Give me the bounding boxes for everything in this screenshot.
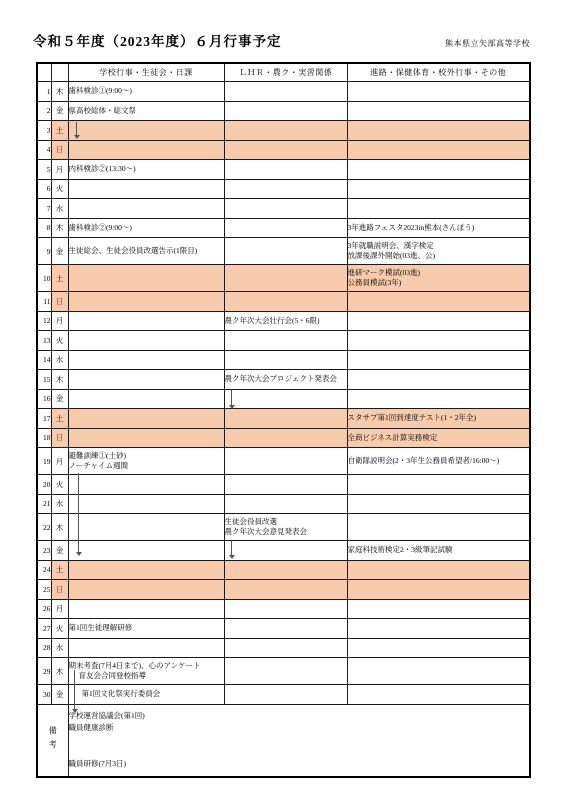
header-school-events: 学校行事・生徒会・日課 (68, 63, 224, 82)
career-other-cell: 3年進路フェスタ2023in熊本(さんぽう) (347, 218, 530, 238)
weekday-cell: 火 (51, 619, 68, 639)
lhr-agri-cell (224, 140, 347, 160)
school-events-cell (68, 265, 224, 292)
page-title: 令和５年度（2023年度）６月行事予定 (33, 30, 282, 50)
school-events-cell (68, 140, 224, 160)
lhr-agri-cell (224, 82, 347, 102)
career-other-cell: 3年就職説明会、漢字検定放課後課外開始(03進、公) (347, 238, 530, 265)
lhr-agri-cell (224, 619, 347, 639)
event-text: 農ク年次大会意見発表会 (225, 527, 347, 538)
continuation-arrow-head (76, 552, 82, 556)
continuation-arrow (231, 541, 232, 556)
school-events-cell (68, 292, 224, 312)
schedule-row: 20火 (37, 475, 530, 495)
career-other-cell (347, 331, 530, 351)
date-cell: 19 (37, 448, 51, 475)
date-cell: 12 (37, 311, 51, 331)
event-text: 農ク年次大会壮行会(5・6限) (225, 316, 347, 327)
date-cell: 16 (37, 389, 51, 409)
school-name: 熊本県立矢部高等学校 (445, 38, 530, 49)
career-other-cell (347, 101, 530, 121)
school-events-cell (68, 311, 224, 331)
date-cell: 28 (37, 638, 51, 658)
weekday-cell: 日 (51, 292, 68, 312)
lhr-agri-cell (224, 238, 347, 265)
date-cell: 13 (37, 331, 51, 351)
event-text: 歯科検診②(9:00～) (69, 223, 224, 234)
career-other-cell: 全商ビジネス計算実務検定 (347, 428, 530, 448)
event-text: 歯科検診①(9:00～) (69, 86, 224, 97)
weekday-cell: 土 (51, 409, 68, 429)
school-events-cell (68, 541, 224, 561)
weekday-cell: 水 (51, 199, 68, 219)
weekday-cell: 日 (51, 140, 68, 160)
career-other-cell (347, 560, 530, 580)
event-text: 生徒会役員改選 (225, 517, 347, 528)
schedule-row: 14水 (37, 350, 530, 370)
continuation-arrow-head (229, 555, 235, 559)
continuation-arrow (78, 473, 79, 553)
lhr-agri-cell: 生徒会役員改選農ク年次大会意見発表会 (224, 514, 347, 541)
date-cell: 1 (37, 82, 51, 102)
school-events-cell: 第1回文化祭実行委員会 (68, 685, 224, 705)
remarks-label-cell: 備考 (37, 704, 68, 777)
date-cell: 3 (37, 121, 51, 141)
school-events-cell (68, 599, 224, 619)
schedule-row: 5月内科検診②(13:30～) (37, 160, 530, 180)
school-events-cell (68, 560, 224, 580)
career-other-cell (347, 160, 530, 180)
school-events-cell: 歯科検診①(9:00～) (68, 82, 224, 102)
school-events-cell (68, 409, 224, 429)
lhr-agri-cell (224, 160, 347, 180)
continuation-arrow-head (229, 405, 235, 409)
weekday-cell: 土 (51, 265, 68, 292)
date-cell: 9 (37, 238, 51, 265)
date-cell: 23 (37, 541, 51, 561)
continuation-arrow (74, 670, 75, 710)
career-other-cell (347, 199, 530, 219)
weekday-cell: 日 (51, 428, 68, 448)
school-events-cell: 第1回生徒理解研修 (68, 619, 224, 639)
date-cell: 6 (37, 179, 51, 199)
lhr-agri-cell (224, 494, 347, 514)
lhr-agri-cell (224, 199, 347, 219)
weekday-cell: 火 (51, 331, 68, 351)
weekday-cell: 木 (51, 514, 68, 541)
lhr-agri-cell (224, 560, 347, 580)
career-other-cell (347, 494, 530, 514)
school-events-cell (68, 370, 224, 390)
remarks-text: 学校運営協議会(第1回) (69, 710, 530, 722)
event-text: 3年就職説明会、漢字検定 (348, 241, 530, 252)
remarks-text: 職員研修(7月3日) (69, 758, 530, 770)
school-events-cell (68, 638, 224, 658)
school-events-cell (68, 514, 224, 541)
event-text: 全商ビジネス計算実務検定 (348, 433, 530, 444)
school-events-cell: 避難訓練①(土砂)ノーチャイム週間 (68, 448, 224, 475)
lhr-agri-cell (224, 179, 347, 199)
weekday-cell: 金 (51, 685, 68, 705)
event-text: 放課後課外開始(03進、公) (348, 251, 530, 262)
event-text: 進研マーク模試(03進) (348, 268, 530, 279)
lhr-agri-cell (224, 292, 347, 312)
lhr-agri-cell (224, 685, 347, 705)
date-cell: 5 (37, 160, 51, 180)
weekday-cell: 金 (51, 238, 68, 265)
schedule-row: 7水 (37, 199, 530, 219)
schedule-row: 26月 (37, 599, 530, 619)
school-events-cell (68, 475, 224, 495)
school-events-cell (68, 350, 224, 370)
career-other-cell (347, 121, 530, 141)
remarks-text (69, 746, 530, 758)
header-day (51, 63, 68, 82)
continuation-arrow (76, 122, 77, 136)
remarks-content-cell: 学校運営協議会(第1回)職員健康診断職員研修(7月3日) (68, 704, 530, 777)
header-career-other: 進路・保健体育・校外行事・その他 (347, 63, 530, 82)
school-events-cell (68, 580, 224, 600)
school-events-cell (68, 494, 224, 514)
weekday-cell: 水 (51, 350, 68, 370)
lhr-agri-cell (224, 389, 347, 409)
weekday-cell: 金 (51, 101, 68, 121)
schedule-row: 6火 (37, 179, 530, 199)
lhr-agri-cell (224, 658, 347, 685)
event-text: 内科検診②(13:30～) (69, 164, 224, 175)
school-events-cell: 生徒総会、生徒会役員改選告示(1限目) (68, 238, 224, 265)
event-text: 第1回文化祭実行委員会 (82, 689, 224, 700)
continuation-arrow (231, 390, 232, 406)
weekday-cell: 火 (51, 179, 68, 199)
school-events-cell (68, 121, 224, 141)
event-text: 3年進路フェスタ2023in熊本(さんぽう) (348, 223, 530, 234)
lhr-agri-cell: 農ク年次大会壮行会(5・6限) (224, 311, 347, 331)
weekday-cell: 土 (51, 560, 68, 580)
date-cell: 27 (37, 619, 51, 639)
continuation-arrow-head (72, 709, 78, 713)
weekday-cell: 水 (51, 494, 68, 514)
lhr-agri-cell (224, 638, 347, 658)
date-cell: 18 (37, 428, 51, 448)
schedule-row: 16金 (37, 389, 530, 409)
career-other-cell (347, 140, 530, 160)
career-other-cell (347, 514, 530, 541)
career-other-cell (347, 311, 530, 331)
date-cell: 10 (37, 265, 51, 292)
weekday-cell: 金 (51, 389, 68, 409)
schedule-row: 2金県高校総体・総文祭 (37, 101, 530, 121)
school-events-cell (68, 199, 224, 219)
schedule-row: 22木生徒会役員改選農ク年次大会意見発表会 (37, 514, 530, 541)
career-other-cell (347, 292, 530, 312)
lhr-agri-cell (224, 599, 347, 619)
school-events-cell (68, 428, 224, 448)
career-other-cell: スタサプ第1回到達度テスト(1・2年全) (347, 409, 530, 429)
schedule-row: 8木歯科検診②(9:00～)3年進路フェスタ2023in熊本(さんぽう) (37, 218, 530, 238)
date-cell: 26 (37, 599, 51, 619)
weekday-cell: 月 (51, 448, 68, 475)
schedule-row: 25日 (37, 580, 530, 600)
weekday-cell: 月 (51, 311, 68, 331)
remarks-text (69, 734, 530, 746)
event-text: 家庭科技術検定2・3級筆記試験 (348, 545, 530, 556)
header-row: 学校行事・生徒会・日課 ＬＨＲ・農ク・実習関係 進路・保健体育・校外行事・その他 (37, 63, 530, 82)
school-events-cell: 内科検診②(13:30～) (68, 160, 224, 180)
career-other-cell (347, 685, 530, 705)
weekday-cell: 水 (51, 638, 68, 658)
career-other-cell (347, 179, 530, 199)
date-cell: 4 (37, 140, 51, 160)
date-cell: 22 (37, 514, 51, 541)
school-events-cell (68, 389, 224, 409)
schedule-row: 15木農ク年次大会プロジェクト発表会 (37, 370, 530, 390)
lhr-agri-cell (224, 350, 347, 370)
lhr-agri-cell (224, 331, 347, 351)
weekday-cell: 月 (51, 599, 68, 619)
schedule-row: 11日 (37, 292, 530, 312)
lhr-agri-cell (224, 448, 347, 475)
schedule-row: 18日全商ビジネス計算実務検定 (37, 428, 530, 448)
event-text: 第1回生徒理解研修 (69, 623, 224, 634)
remarks-text: 職員健康診断 (69, 722, 530, 734)
date-cell: 25 (37, 580, 51, 600)
schedule-row: 17土スタサプ第1回到達度テスト(1・2年全) (37, 409, 530, 429)
career-other-cell (347, 350, 530, 370)
school-events-cell: 歯科検診②(9:00～) (68, 218, 224, 238)
date-cell: 17 (37, 409, 51, 429)
date-cell: 21 (37, 494, 51, 514)
schedule-row: 9金生徒総会、生徒会役員改選告示(1限目)3年就職説明会、漢字検定放課後課外開始… (37, 238, 530, 265)
school-events-cell: 県高校総体・総文祭 (68, 101, 224, 121)
weekday-cell: 木 (51, 658, 68, 685)
schedule-row: 4日 (37, 140, 530, 160)
career-other-cell (347, 599, 530, 619)
lhr-agri-cell (224, 428, 347, 448)
schedule-row: 27火第1回生徒理解研修 (37, 619, 530, 639)
schedule-row: 23金家庭科技術検定2・3級筆記試験 (37, 541, 530, 561)
schedule-row: 29木期末考査(7月4日まで)、心のアンケート育友会合同登校指導 (37, 658, 530, 685)
lhr-agri-cell (224, 218, 347, 238)
date-cell: 2 (37, 101, 51, 121)
weekday-cell: 木 (51, 370, 68, 390)
career-other-cell (347, 619, 530, 639)
event-text: 育友会合同登校指導 (79, 671, 224, 682)
weekday-cell: 月 (51, 160, 68, 180)
event-text: 県高校総体・総文祭 (69, 106, 224, 117)
career-other-cell (347, 658, 530, 685)
event-text: 避難訓練①(土砂) (69, 451, 224, 462)
event-text: スタサプ第1回到達度テスト(1・2年全) (348, 413, 530, 424)
school-events-cell (68, 331, 224, 351)
date-cell: 14 (37, 350, 51, 370)
weekday-cell: 土 (51, 121, 68, 141)
date-cell: 24 (37, 560, 51, 580)
lhr-agri-cell (224, 541, 347, 561)
event-text: 自衛隊説明会(2・3年生公務員希望者/16:00～) (348, 456, 530, 467)
career-other-cell (347, 638, 530, 658)
schedule-page: 令和５年度（2023年度）６月行事予定 熊本県立矢部高等学校 学校行事・生徒会・… (0, 0, 566, 800)
lhr-agri-cell (224, 475, 347, 495)
career-other-cell: 進研マーク模試(03進)公務員模試(3年) (347, 265, 530, 292)
schedule-row: 10土進研マーク模試(03進)公務員模試(3年) (37, 265, 530, 292)
weekday-cell: 木 (51, 82, 68, 102)
remarks-row: 備考学校運営協議会(第1回)職員健康診断職員研修(7月3日) (37, 704, 530, 777)
date-cell: 7 (37, 199, 51, 219)
date-cell: 15 (37, 370, 51, 390)
schedule-table-wrap: 学校行事・生徒会・日課 ＬＨＲ・農ク・実習関係 進路・保健体育・校外行事・その他… (36, 62, 530, 778)
event-text: ノーチャイム週間 (69, 461, 224, 472)
lhr-agri-cell: 農ク年次大会プロジェクト発表会 (224, 370, 347, 390)
lhr-agri-cell (224, 580, 347, 600)
lhr-agri-cell (224, 265, 347, 292)
date-cell: 20 (37, 475, 51, 495)
schedule-row: 3土 (37, 121, 530, 141)
schedule-row: 24土 (37, 560, 530, 580)
schedule-row: 13火 (37, 331, 530, 351)
schedule-row: 1木歯科検診①(9:00～) (37, 82, 530, 102)
schedule-table: 学校行事・生徒会・日課 ＬＨＲ・農ク・実習関係 進路・保健体育・校外行事・その他… (36, 62, 531, 778)
header-lhr-agri: ＬＨＲ・農ク・実習関係 (224, 63, 347, 82)
schedule-row: 12月農ク年次大会壮行会(5・6限) (37, 311, 530, 331)
date-cell: 30 (37, 685, 51, 705)
schedule-row: 21水 (37, 494, 530, 514)
career-other-cell (347, 370, 530, 390)
event-text: 期末考査(7月4日まで)、心のアンケート (69, 661, 224, 672)
continuation-arrow-head (74, 135, 80, 139)
date-cell: 11 (37, 292, 51, 312)
career-other-cell (347, 389, 530, 409)
schedule-row: 30金第1回文化祭実行委員会 (37, 685, 530, 705)
school-events-cell: 期末考査(7月4日まで)、心のアンケート育友会合同登校指導 (68, 658, 224, 685)
date-cell: 8 (37, 218, 51, 238)
weekday-cell: 木 (51, 218, 68, 238)
career-other-cell (347, 580, 530, 600)
lhr-agri-cell (224, 101, 347, 121)
weekday-cell: 金 (51, 541, 68, 561)
schedule-row: 19月避難訓練①(土砂)ノーチャイム週間自衛隊説明会(2・3年生公務員希望者/1… (37, 448, 530, 475)
lhr-agri-cell (224, 409, 347, 429)
weekday-cell: 日 (51, 580, 68, 600)
event-text: 生徒総会、生徒会役員改選告示(1限目) (69, 246, 224, 257)
schedule-row: 28水 (37, 638, 530, 658)
career-other-cell: 家庭科技術検定2・3級筆記試験 (347, 541, 530, 561)
career-other-cell (347, 82, 530, 102)
career-other-cell: 自衛隊説明会(2・3年生公務員希望者/16:00～) (347, 448, 530, 475)
school-events-cell (68, 179, 224, 199)
date-cell: 29 (37, 658, 51, 685)
weekday-cell: 火 (51, 475, 68, 495)
lhr-agri-cell (224, 121, 347, 141)
header-date (37, 63, 51, 82)
event-text: 公務員模試(3年) (348, 278, 530, 289)
event-text: 農ク年次大会プロジェクト発表会 (225, 374, 347, 385)
career-other-cell (347, 475, 530, 495)
remarks-label: 備考 (47, 726, 58, 754)
